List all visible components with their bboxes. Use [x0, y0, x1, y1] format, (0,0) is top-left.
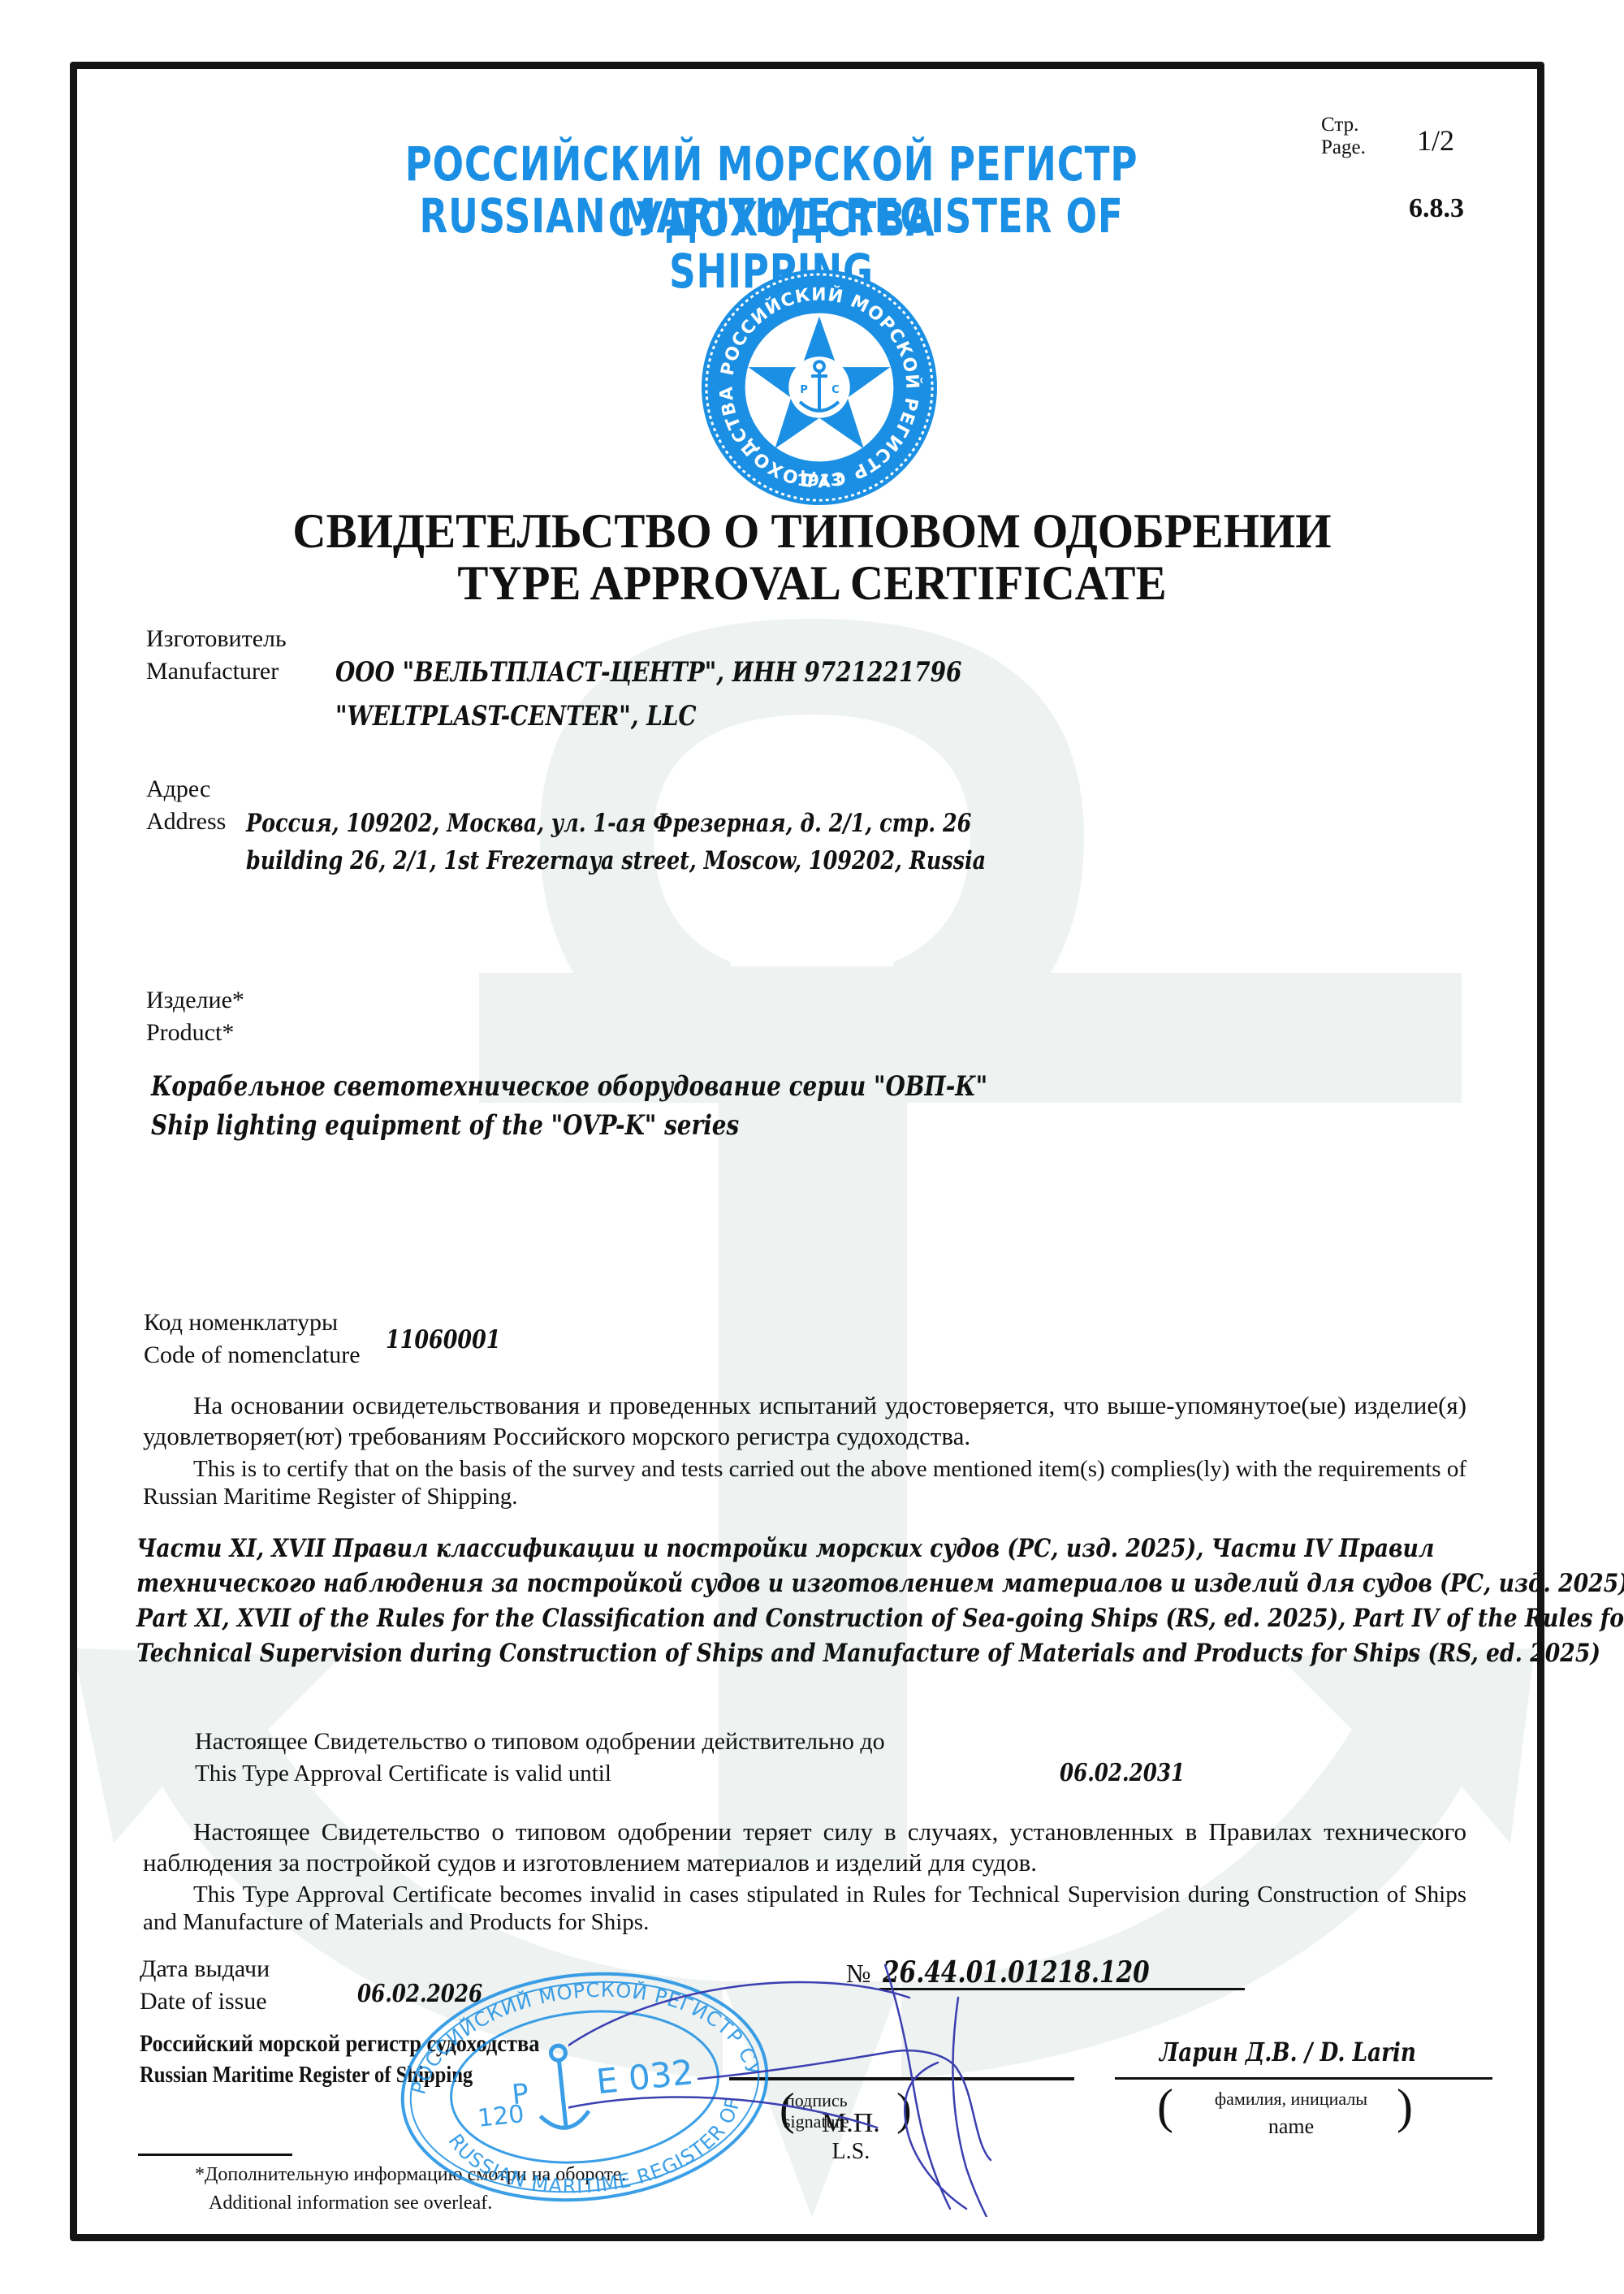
svg-text:120: 120	[477, 2100, 526, 2133]
rules-line1-en: Part XI, XVII of the Rules for the Class…	[136, 1601, 1337, 1636]
name-caption-ru: фамилия, инициалы	[1177, 2085, 1405, 2113]
rs-emblem-icon: РОССИЙСКИЙ МОРСКОЙ РЕГИСТР СУДОХОДСТВА 1…	[697, 266, 942, 508]
invalidity-text-en: This Type Approval Certificate becomes i…	[143, 1881, 1466, 1936]
signatory-name: Ларин Д.В. / D. Larin	[1160, 2037, 1416, 2067]
rules-line2-en: Technical Supervision during Constructio…	[136, 1636, 1337, 1671]
svg-text:С: С	[831, 384, 839, 396]
name-caption-en: name	[1177, 2113, 1405, 2141]
name-caption: фамилия, инициалы name	[1177, 2085, 1405, 2141]
nomenclature-label-en: Code of nomenclature	[144, 1341, 361, 1369]
manufacturer-value-en: "WELTPLAST-CENTER", LLC	[335, 700, 697, 732]
address-label-en: Address	[146, 808, 226, 836]
form-number: 6.8.3	[1409, 193, 1464, 224]
address-label-ru: Адрес	[146, 775, 210, 803]
handwritten-signature	[568, 1949, 1023, 2217]
page-label: Стр. Page.	[1321, 114, 1366, 159]
certificate-title-en: TYPE APPROVAL CERTIFICATE	[195, 555, 1429, 611]
certificate-title-ru: СВИДЕТЕЛЬСТВО О ТИПОВОМ ОДОБРЕНИИ	[195, 503, 1429, 559]
product-value-ru: Корабельное светотехническое оборудовани…	[151, 1070, 987, 1103]
footnote-divider	[138, 2154, 292, 2156]
page-number: 1/2	[1417, 123, 1454, 158]
validity-date: 06.02.2031	[1060, 1759, 1185, 1787]
name-caption-paren-left: (	[1157, 2079, 1173, 2135]
svg-text:1913: 1913	[797, 471, 841, 490]
product-label-en: Product*	[146, 1019, 234, 1047]
certification-text-en: This is to certify that on the basis of …	[143, 1455, 1466, 1510]
nomenclature-code: 11060001	[386, 1325, 501, 1354]
rules-line1-ru: Части XI, XVII Правил классификации и по…	[136, 1531, 1337, 1566]
svg-text:Р: Р	[800, 384, 807, 396]
issue-date-label-en: Date of issue	[140, 1988, 267, 2015]
rules-line2-ru: технического наблюдения за постройкой су…	[136, 1566, 1337, 1601]
address-value-en: building 26, 2/1, 1st Frezernaya street,…	[246, 846, 986, 875]
product-value-en: Ship lighting equipment of the "OVP-K" s…	[151, 1109, 739, 1142]
issue-date-label-ru: Дата выдачи	[140, 1955, 270, 1983]
validity-label-ru: Настоящее Свидетельство о типовом одобре…	[195, 1728, 885, 1756]
invalidity-text-ru: Настоящее Свидетельство о типовом одобре…	[143, 1817, 1466, 1878]
manufacturer-label-ru: Изготовитель	[146, 625, 287, 653]
validity-label-en: This Type Approval Certificate is valid …	[195, 1760, 611, 1787]
manufacturer-label-en: Manufacturer	[146, 658, 279, 685]
page-label-en: Page.	[1321, 136, 1366, 159]
page-label-ru: Стр.	[1321, 114, 1366, 136]
nomenclature-label-ru: Код номенклатуры	[144, 1309, 338, 1337]
product-label-ru: Изделие*	[146, 987, 244, 1014]
manufacturer-value-ru: ООО "ВЕЛЬТПЛАСТ-ЦЕНТР", ИНН 9721221796	[335, 656, 961, 689]
certification-text-ru: На основании освидетельствования и прове…	[143, 1390, 1466, 1452]
address-value-ru: Россия, 109202, Москва, ул. 1-ая Фрезерн…	[246, 809, 971, 838]
name-caption-paren-right: )	[1397, 2079, 1413, 2135]
